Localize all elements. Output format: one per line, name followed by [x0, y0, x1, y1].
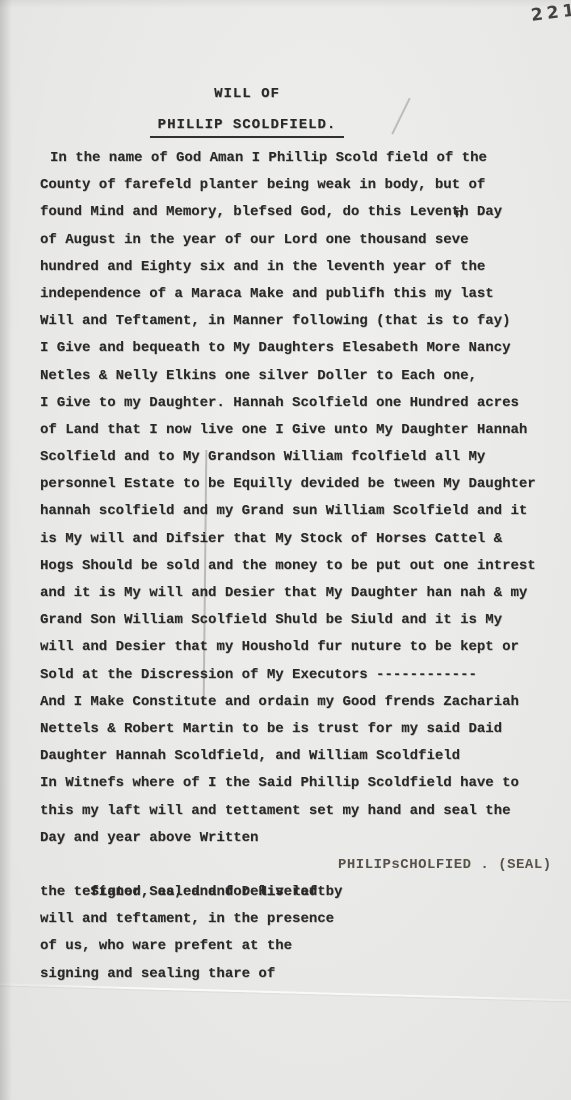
body-line: Scolfield and to My Grandson William fco…	[40, 444, 564, 471]
body-line: is My will and Difsier that My Stock of …	[40, 526, 564, 553]
body-line: of August in the year of our Lord one th…	[40, 227, 564, 254]
page-top-edge-shadow	[0, 0, 571, 8]
document-body: In the name of God Aman I Phillip Scold …	[40, 145, 564, 988]
body-line: Daughter Hannah Scoldfield, and William …	[40, 743, 564, 770]
page-left-edge-shadow	[0, 0, 12, 1100]
superscript-insertion: n	[455, 207, 463, 220]
body-line: I Give and bequeath to My Daughters Eles…	[40, 335, 564, 362]
closing-line: signing and sealing thare of	[40, 961, 564, 988]
body-line: County of farefeld planter being weak in…	[40, 172, 564, 199]
body-line: Hogs Should be sold and the money to be …	[40, 553, 564, 580]
body-line: Netles & Nelly Elkins one silver Doller …	[40, 363, 564, 390]
testator-signature-seal: PHILIPsCHOLFIED . (SEAL)	[338, 852, 552, 879]
document-heading: WILL OF PHILLIP SCOLDFIELD.	[0, 86, 494, 138]
body-line: I Give to my Daughter. Hannah Scolfield …	[40, 390, 564, 417]
body-line: Sold at the Discression of My Executors …	[40, 662, 564, 689]
handwritten-page-number: 221	[529, 0, 571, 26]
signature-left-text: Signed Sealed and Delivered by	[90, 884, 342, 900]
body-line: Will and Teftament, in Manner following …	[40, 308, 564, 335]
body-line: In the name of God Aman I Phillip Scold …	[40, 145, 564, 172]
signature-line: Signed Sealed and Delivered by PHILIPsCH…	[40, 852, 564, 879]
closing-line: of us, who ware prefent at the	[40, 933, 564, 960]
body-line: hundred and Eighty six and in the levent…	[40, 254, 564, 281]
body-line: and it is My will and Desier that My Dau…	[40, 580, 564, 607]
body-line: In Witnefs where of I the Said Phillip S…	[40, 770, 564, 797]
scanned-will-document-page: 221 WILL OF PHILLIP SCOLDFIELD. In the n…	[0, 0, 571, 1100]
document-title: WILL OF	[0, 86, 494, 102]
body-line: of Land that I now live one I Give unto …	[40, 417, 564, 444]
body-line: found Mind and Memory, blefsed God, do t…	[40, 199, 564, 226]
body-line: personnel Estate to be Equilly devided b…	[40, 471, 564, 498]
body-line: Nettels & Robert Martin to be is trust f…	[40, 716, 564, 743]
body-line: Day and year above Written	[40, 825, 564, 852]
closing-line: will and teftament, in the presence	[40, 906, 564, 933]
body-line: this my laft will and tettament set my h…	[40, 798, 564, 825]
document-subject-name: PHILLIP SCOLDFIELD.	[150, 117, 345, 138]
document-subject-wrap: PHILLIP SCOLDFIELD.	[0, 115, 494, 138]
body-line: And I Make Constitute and ordain my Good…	[40, 689, 564, 716]
body-line: hannah scolfield and my Grand sun Willia…	[40, 498, 564, 525]
body-line: will and Desier that my Houshold fur nut…	[40, 634, 564, 661]
body-line: Grand Son William Scolfield Shuld be Siu…	[40, 607, 564, 634]
body-line: independence of a Maraca Make and publif…	[40, 281, 564, 308]
